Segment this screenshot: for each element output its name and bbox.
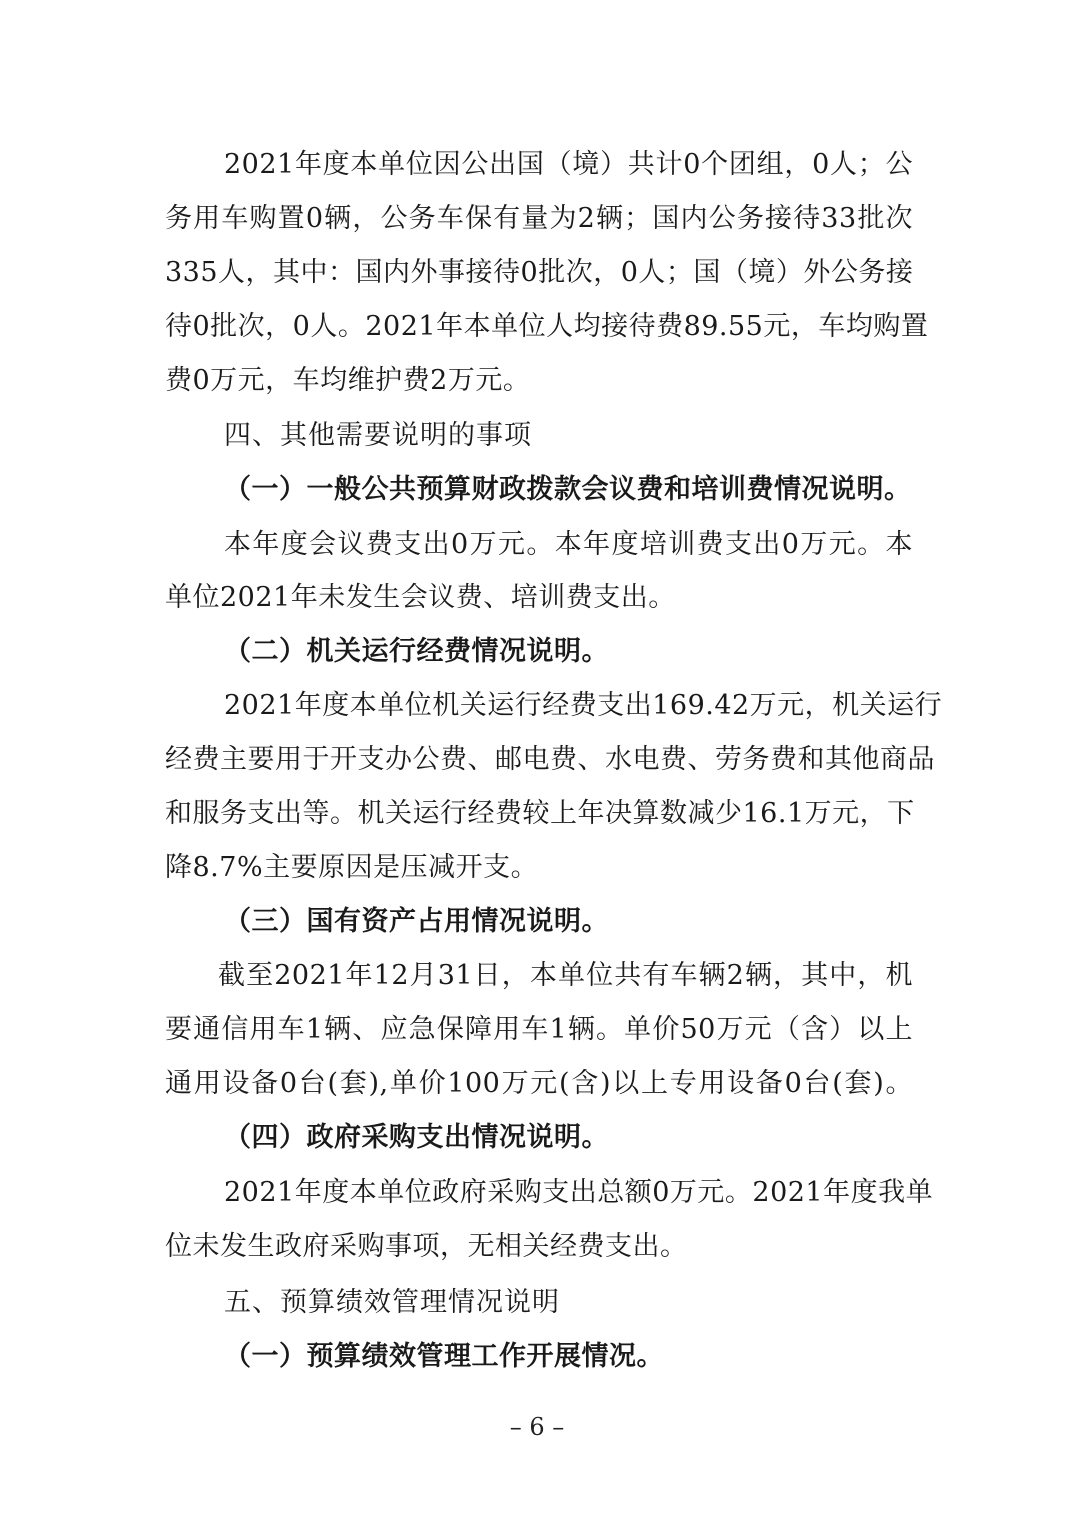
paragraph-line: 务用车购置0辆，公务车保有量为2辆；国内公务接待33批次	[165, 199, 913, 239]
paragraph-line: 位未发生政府采购事项，无相关经费支出。	[165, 1227, 913, 1267]
paragraph-line: 单位2021年未发生会议费、培训费支出。	[165, 578, 913, 618]
subsection-heading: （一）预算绩效管理工作开展情况。	[224, 1337, 972, 1377]
section-heading-five: 五、预算绩效管理情况说明	[224, 1283, 972, 1323]
paragraph-line: 经费主要用于开支办公费、邮电费、水电费、劳务费和其他商品	[165, 740, 913, 780]
paragraph-line: 费0万元，车均维护费2万元。	[165, 361, 913, 401]
subsection-heading: （一）一般公共预算财政拨款会议费和培训费情况说明。	[224, 470, 972, 510]
paragraph-line: 要通信用车1辆、应急保障用车1辆。单价50万元（含）以上	[165, 1010, 913, 1050]
section-heading-four: 四、其他需要说明的事项	[224, 416, 972, 456]
paragraph-line: 和服务支出等。机关运行经费较上年决算数减少16.1万元，下	[165, 794, 913, 834]
subsection-heading: （三）国有资产占用情况说明。	[224, 902, 972, 942]
paragraph-line: 通用设备0台(套),单价100万元(含)以上专用设备0台(套)。	[165, 1064, 913, 1104]
paragraph-line: 2021年度本单位因公出国（境）共计0个团组，0人；公	[224, 145, 913, 185]
page-number: – 6 –	[0, 1412, 1074, 1442]
paragraph-line: 本年度会议费支出0万元。本年度培训费支出0万元。本	[224, 525, 913, 565]
paragraph-line: 335人，其中：国内外事接待0批次，0人；国（境）外公务接	[165, 253, 913, 293]
paragraph-line: 2021年度本单位机关运行经费支出169.42万元，机关运行	[224, 686, 913, 726]
paragraph-line: 待0批次，0人。2021年本单位人均接待费89.55元，车均购置	[165, 307, 913, 347]
paragraph-line: 降8.7%主要原因是压减开支。	[165, 848, 913, 888]
document-page: 2021年度本单位因公出国（境）共计0个团组，0人；公 务用车购置0辆，公务车保…	[0, 0, 1074, 1520]
subsection-heading: （二）机关运行经费情况说明。	[224, 632, 972, 672]
paragraph-line: 截至2021年12月31日，本单位共有车辆2辆，其中，机	[218, 956, 913, 996]
paragraph-line: 2021年度本单位政府采购支出总额0万元。2021年度我单	[224, 1173, 913, 1213]
subsection-heading: （四）政府采购支出情况说明。	[224, 1118, 972, 1158]
